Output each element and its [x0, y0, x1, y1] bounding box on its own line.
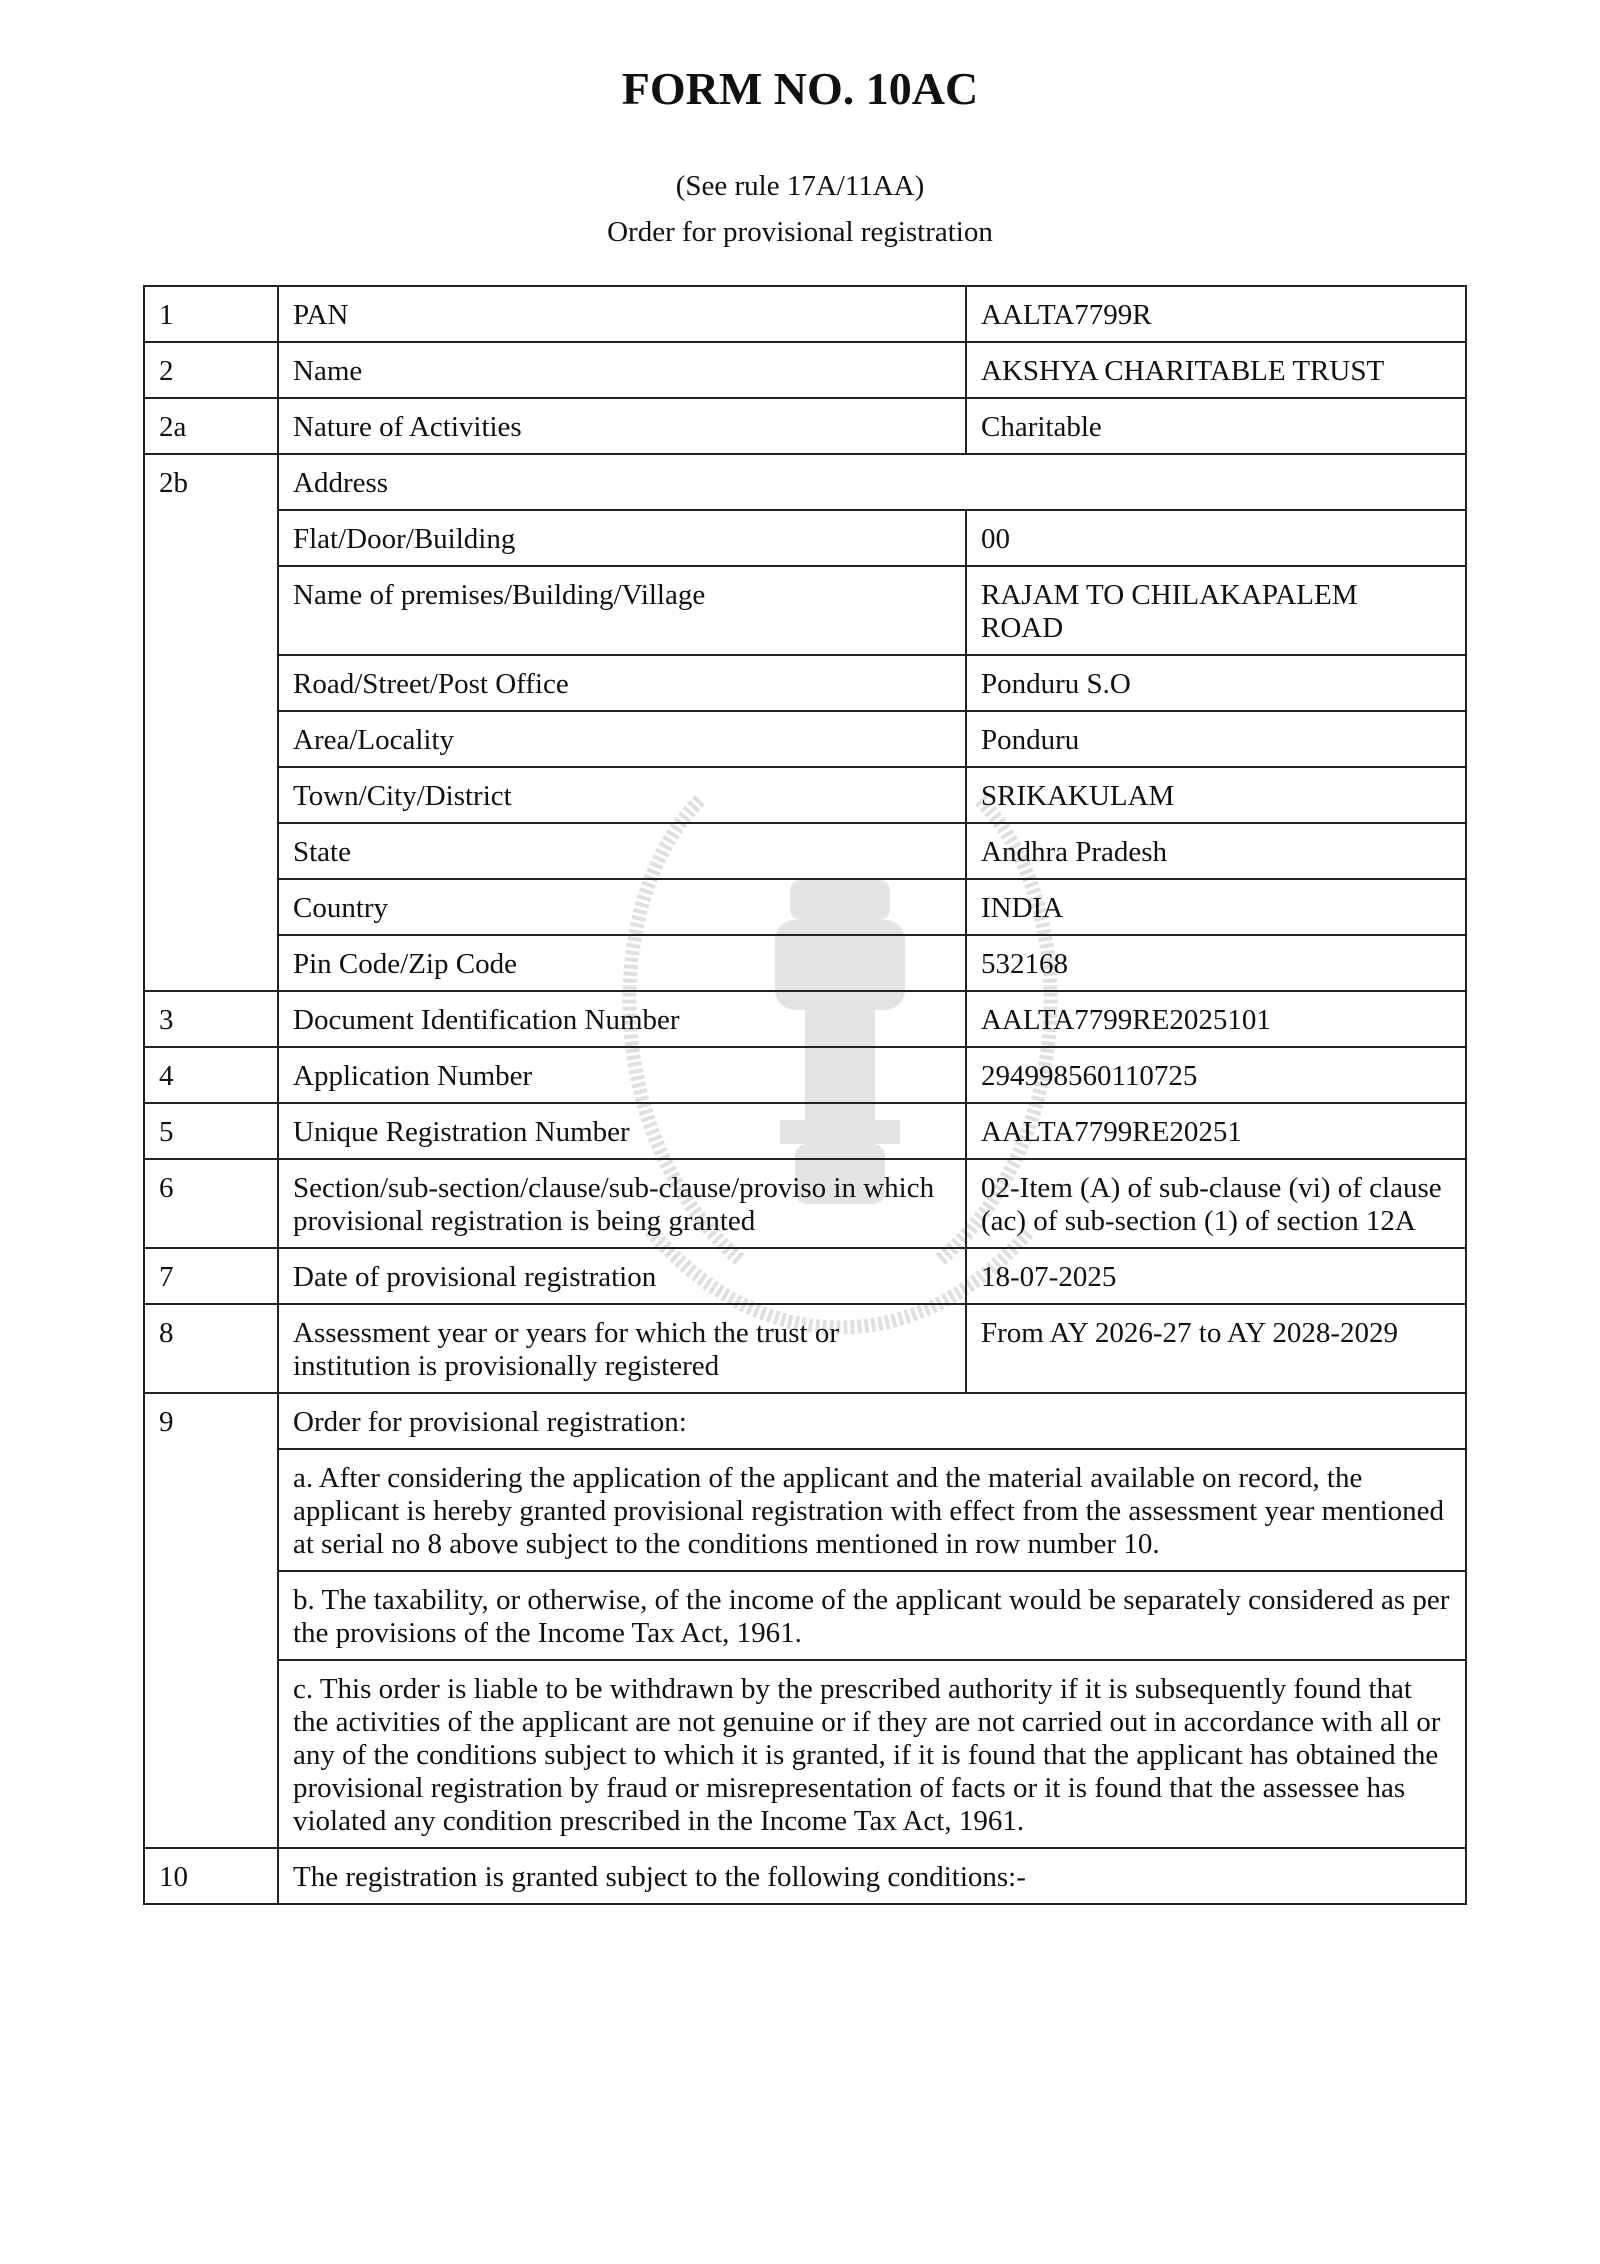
- table-row: 7 Date of provisional registration 18-07…: [144, 1248, 1466, 1304]
- din-value: AALTA7799RE2025101: [966, 991, 1466, 1047]
- registration-date-value: 18-07-2025: [966, 1248, 1466, 1304]
- row-number: 10: [144, 1848, 278, 1904]
- application-number-value: 294998560110725: [966, 1047, 1466, 1103]
- row-number: 1: [144, 286, 278, 342]
- address-field-value: SRIKAKULAM: [966, 767, 1466, 823]
- activities-value: Charitable: [966, 398, 1466, 454]
- table-row: 5 Unique Registration Number AALTA7799RE…: [144, 1103, 1466, 1159]
- row-number: 2: [144, 342, 278, 398]
- address-field-label: Flat/Door/Building: [278, 510, 966, 566]
- address-field-value: Andhra Pradesh: [966, 823, 1466, 879]
- urn-value: AALTA7799RE20251: [966, 1103, 1466, 1159]
- table-row: Area/Locality Ponduru: [144, 711, 1466, 767]
- rule-reference: (See rule 17A/11AA): [0, 170, 1600, 203]
- address-label: Address: [278, 454, 1466, 510]
- table-row: a. After considering the application of …: [144, 1449, 1466, 1571]
- table-row: b. The taxability, or otherwise, of the …: [144, 1571, 1466, 1660]
- urn-label: Unique Registration Number: [278, 1103, 966, 1159]
- pan-value: AALTA7799R: [966, 286, 1466, 342]
- order-clause-a: a. After considering the application of …: [278, 1449, 1466, 1571]
- address-field-value: 532168: [966, 935, 1466, 991]
- name-value: AKSHYA CHARITABLE TRUST: [966, 342, 1466, 398]
- registration-table: 1 PAN AALTA7799R 2 Name AKSHYA CHARITABL…: [143, 285, 1467, 1905]
- pan-label: PAN: [278, 286, 966, 342]
- din-label: Document Identification Number: [278, 991, 966, 1047]
- name-label: Name: [278, 342, 966, 398]
- address-field-label: Name of premises/Building/Village: [278, 566, 966, 655]
- assessment-year-value: From AY 2026-27 to AY 2028-2029: [966, 1304, 1466, 1393]
- order-clause-b: b. The taxability, or otherwise, of the …: [278, 1571, 1466, 1660]
- row-number: 5: [144, 1103, 278, 1159]
- row-number: 9: [144, 1393, 278, 1848]
- order-clause-c: c. This order is liable to be withdrawn …: [278, 1660, 1466, 1848]
- address-field-value: 00: [966, 510, 1466, 566]
- row-number: 6: [144, 1159, 278, 1248]
- section-value: 02-Item (A) of sub-clause (vi) of clause…: [966, 1159, 1466, 1248]
- row-number: 3: [144, 991, 278, 1047]
- table-row: 2b Address: [144, 454, 1466, 510]
- order-heading: Order for provisional registration:: [278, 1393, 1466, 1449]
- section-label: Section/sub-section/clause/sub-clause/pr…: [278, 1159, 966, 1248]
- table-row: 10 The registration is granted subject t…: [144, 1848, 1466, 1904]
- table-row: 1 PAN AALTA7799R: [144, 286, 1466, 342]
- table-row: 3 Document Identification Number AALTA77…: [144, 991, 1466, 1047]
- table-row: 4 Application Number 294998560110725: [144, 1047, 1466, 1103]
- conditions-heading: The registration is granted subject to t…: [278, 1848, 1466, 1904]
- table-row: Country INDIA: [144, 879, 1466, 935]
- table-row: 8 Assessment year or years for which the…: [144, 1304, 1466, 1393]
- row-number: 2a: [144, 398, 278, 454]
- table-row: Pin Code/Zip Code 532168: [144, 935, 1466, 991]
- row-number: 2b: [144, 454, 278, 991]
- activities-label: Nature of Activities: [278, 398, 966, 454]
- table-row: 6 Section/sub-section/clause/sub-clause/…: [144, 1159, 1466, 1248]
- registration-date-label: Date of provisional registration: [278, 1248, 966, 1304]
- address-field-value: Ponduru S.O: [966, 655, 1466, 711]
- address-field-value: Ponduru: [966, 711, 1466, 767]
- form-subtitle: Order for provisional registration: [0, 216, 1600, 249]
- table-row: Flat/Door/Building 00: [144, 510, 1466, 566]
- address-field-label: Area/Locality: [278, 711, 966, 767]
- address-field-label: Road/Street/Post Office: [278, 655, 966, 711]
- application-number-label: Application Number: [278, 1047, 966, 1103]
- table-row: Road/Street/Post Office Ponduru S.O: [144, 655, 1466, 711]
- address-field-label: Town/City/District: [278, 767, 966, 823]
- row-number: 8: [144, 1304, 278, 1393]
- table-row: 2 Name AKSHYA CHARITABLE TRUST: [144, 342, 1466, 398]
- table-row: c. This order is liable to be withdrawn …: [144, 1660, 1466, 1848]
- table-row: Name of premises/Building/Village RAJAM …: [144, 566, 1466, 655]
- form-title: FORM NO. 10AC: [0, 62, 1600, 115]
- address-field-value: INDIA: [966, 879, 1466, 935]
- address-field-label: State: [278, 823, 966, 879]
- address-field-label: Country: [278, 879, 966, 935]
- table-row: 9 Order for provisional registration:: [144, 1393, 1466, 1449]
- table-row: 2a Nature of Activities Charitable: [144, 398, 1466, 454]
- row-number: 7: [144, 1248, 278, 1304]
- table-row: State Andhra Pradesh: [144, 823, 1466, 879]
- row-number: 4: [144, 1047, 278, 1103]
- address-field-label: Pin Code/Zip Code: [278, 935, 966, 991]
- assessment-year-label: Assessment year or years for which the t…: [278, 1304, 966, 1393]
- table-row: Town/City/District SRIKAKULAM: [144, 767, 1466, 823]
- address-field-value: RAJAM TO CHILAKAPALEM ROAD: [966, 566, 1466, 655]
